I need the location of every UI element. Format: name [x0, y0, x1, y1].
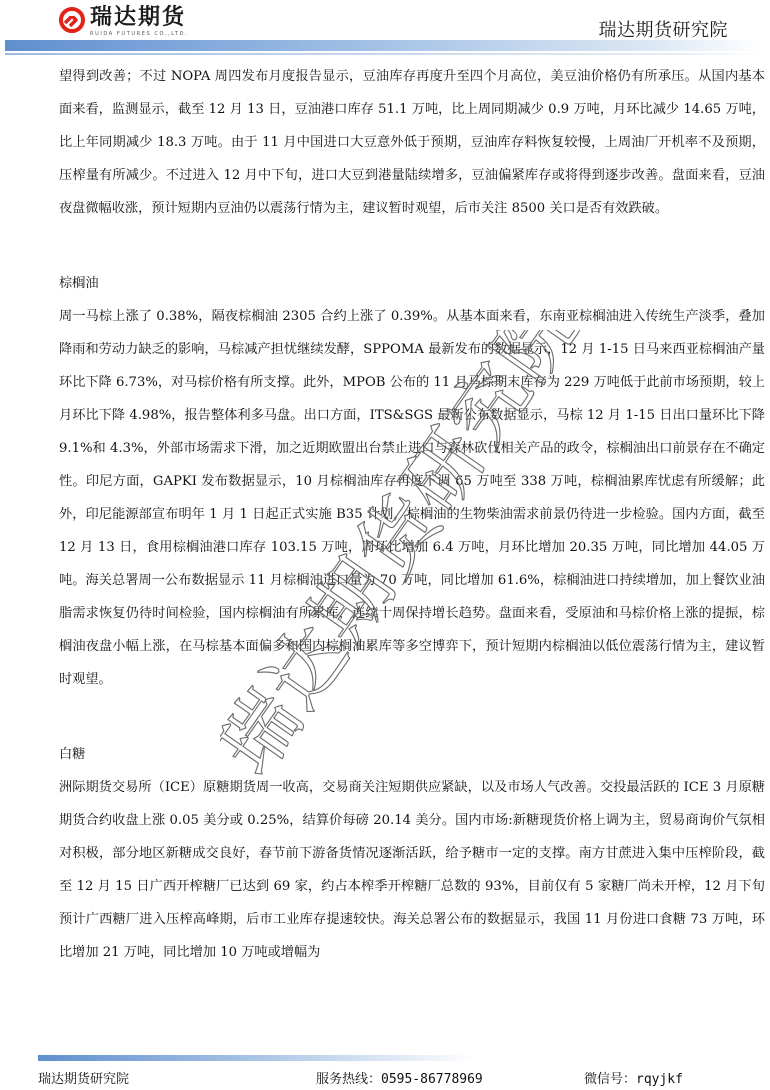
palm-oil-paragraph: 周一马棕上涨了 0.38%，隔夜棕榈油 2305 合约上涨了 0.39%。从基本… [59, 300, 765, 696]
footer-gradient-bar [38, 1055, 476, 1061]
sugar-paragraph: 洲际期货交易所（ICE）原糖期货周一收高，交易商关注短期供应紧缺，以及市场人气改… [59, 771, 765, 969]
section-spacer [59, 696, 765, 738]
company-logo: 瑞达期货 RUIDA FUTURES CO.,LTD. [58, 6, 188, 37]
section-title-sugar: 白糖 [59, 738, 765, 771]
section-title-palm-oil: 棕榈油 [59, 267, 765, 300]
section-spacer [59, 225, 765, 267]
page-footer: 瑞达期货研究院 服务热线：0595-86778969 微信号：rqyjkf [0, 1068, 770, 1088]
footer-wechat-id: 微信号：rqyjkf [584, 1068, 683, 1087]
footer-hotline: 服务热线：0595-86778969 [316, 1068, 483, 1087]
logo-english-name: RUIDA FUTURES CO.,LTD. [90, 31, 188, 37]
logo-chinese-name: 瑞达期货 [90, 6, 188, 30]
page-header: 瑞达期货 RUIDA FUTURES CO.,LTD. 瑞达期货研究院 [0, 0, 770, 56]
footer-org-name: 瑞达期货研究院 [38, 1068, 129, 1087]
soybean-oil-paragraph: 望得到改善；不过 NOPA 周四发布月度报告显示，豆油库存再度升至四个月高位，美… [59, 60, 765, 225]
header-divider [5, 53, 763, 55]
ruida-logo-icon [58, 6, 86, 34]
header-gradient-bar [5, 40, 763, 51]
report-body: 望得到改善；不过 NOPA 周四发布月度报告显示，豆油库存再度升至四个月高位，美… [59, 60, 765, 969]
header-institute-title: 瑞达期货研究院 [599, 16, 729, 42]
